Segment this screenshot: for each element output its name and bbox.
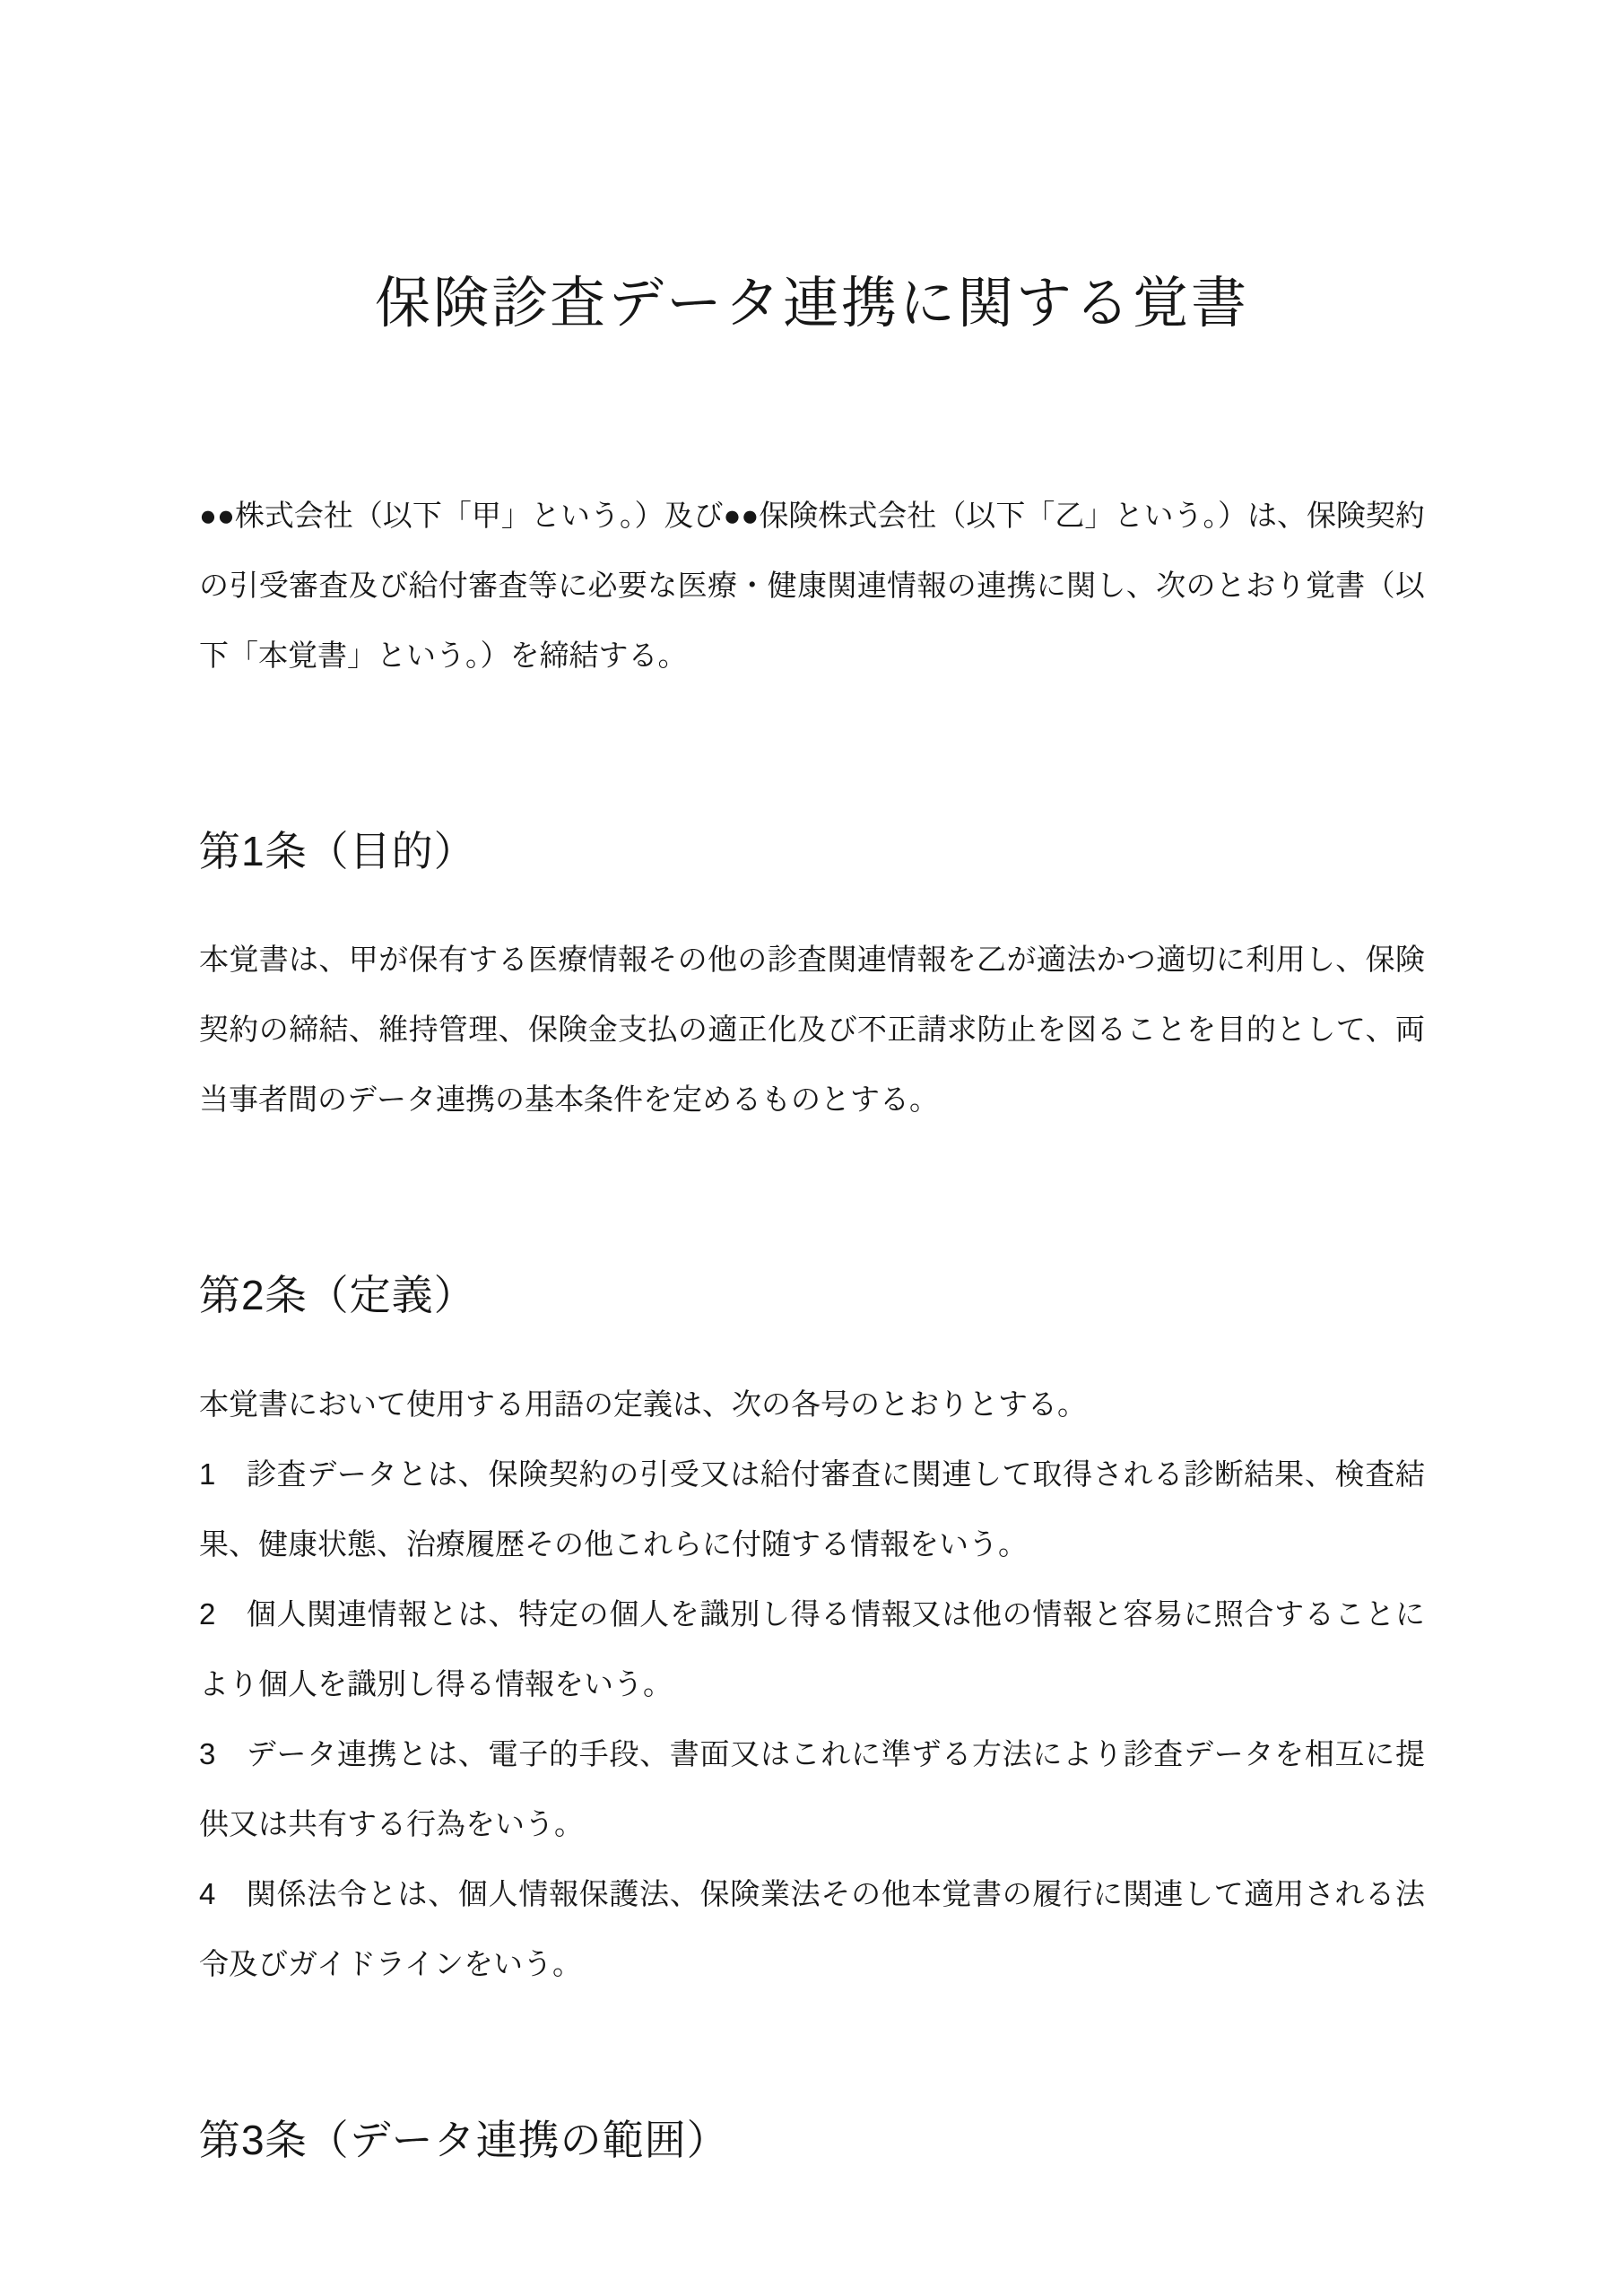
preamble-paragraph: ●●株式会社（以下「甲」という。）及び●●保険株式会社（以下「乙」という。）は、…: [199, 481, 1425, 691]
document-title: 保険診査データ連携に関する覚書: [199, 269, 1425, 339]
article-3-heading: 第3条（データ連携の範囲）: [199, 2114, 1425, 2168]
article-2-body: 本覚書において使用する用語の定義は、次の各号のとおりとする。 1 診査データとは…: [199, 1370, 1425, 1999]
document-page: 保険診査データ連携に関する覚書 ●●株式会社（以下「甲」という。）及び●●保険株…: [0, 0, 1624, 2296]
article-2-item-2: 2 個人関連情報とは、特定の個人を識別し得る情報又は他の情報と容易に照合すること…: [199, 1579, 1425, 1719]
article-1-heading: 第1条（目的）: [199, 825, 1425, 879]
article-2-intro: 本覚書において使用する用語の定義は、次の各号のとおりとする。: [199, 1370, 1425, 1439]
article-1-paragraph: 本覚書は、甲が保有する医療情報その他の診査関連情報を乙が適法かつ適切に利用し、保…: [199, 925, 1425, 1135]
article-2-heading: 第2条（定義）: [199, 1269, 1425, 1323]
article-2-item-3: 3 データ連携とは、電子的手段、書面又はこれに準ずる方法により診査データを相互に…: [199, 1719, 1425, 1859]
article-2-item-4: 4 関係法令とは、個人情報保護法、保険業法その他本覚書の履行に関連して適用される…: [199, 1859, 1425, 1999]
article-2-item-1: 1 診査データとは、保険契約の引受又は給付審査に関連して取得される診断結果、検査…: [199, 1439, 1425, 1579]
